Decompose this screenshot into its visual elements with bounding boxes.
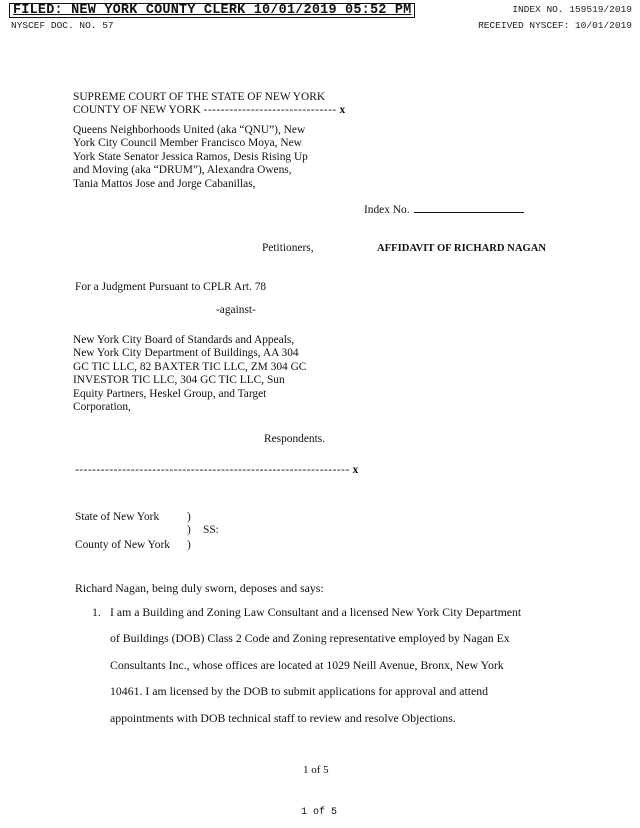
paragraph-line: I am a Building and Zoning Law Consultan… xyxy=(110,599,582,625)
petitioners-list: Queens Neighborhoods United (aka “QNU”),… xyxy=(73,124,343,191)
filed-stamp: FILED: NEW YORK COUNTY CLERK 10/01/2019 … xyxy=(9,3,415,18)
paragraph-line: 10461. I am licensed by the DOB to submi… xyxy=(110,678,582,704)
caption-bottom-rule: ----------------------------------------… xyxy=(75,464,358,477)
petitioners-label: Petitioners, xyxy=(262,242,314,255)
petitioners-line: Queens Neighborhoods United (aka “QNU”),… xyxy=(73,124,343,137)
respondents-line: GC TIC LLC, 82 BAXTER TIC LLC, ZM 304 GC xyxy=(73,361,343,374)
index-number-blank xyxy=(414,201,524,213)
venue-ss: SS: xyxy=(203,524,219,537)
index-number-field: Index No. xyxy=(364,201,524,217)
venue-paren: ) xyxy=(187,539,191,552)
caption-bottom-x: x xyxy=(353,464,359,476)
petitioners-line: York City Council Member Francisco Moya,… xyxy=(73,137,343,150)
respondents-line: Equity Partners, Heskel Group, and Targe… xyxy=(73,388,343,401)
respondents-line: New York City Department of Buildings, A… xyxy=(73,347,343,360)
caption-bottom-dashes: ----------------------------------------… xyxy=(75,464,350,476)
respondents-line: New York City Board of Standards and App… xyxy=(73,334,343,347)
venue-paren: ) xyxy=(187,524,191,537)
paragraph-text: I am a Building and Zoning Law Consultan… xyxy=(110,599,582,731)
judgment-line: For a Judgment Pursuant to CPLR Art. 78 xyxy=(75,281,266,294)
paragraph-line: appointments with DOB technical staff to… xyxy=(110,705,582,731)
received-nyscef-date: RECEIVED NYSCEF: 10/01/2019 xyxy=(478,20,632,31)
document-title: AFFIDAVIT OF RICHARD NAGAN xyxy=(377,242,546,255)
caption-dashes: ------------------------------- xyxy=(204,104,337,116)
respondents-list: New York City Board of Standards and App… xyxy=(73,334,343,414)
petitioners-line: York State Senator Jessica Ramos, Desis … xyxy=(73,151,343,164)
caption-x-mark: x xyxy=(340,104,346,116)
petitioners-line: and Moving (aka “DRUM”), Alexandra Owens… xyxy=(73,164,343,177)
respondents-line: Corporation, xyxy=(73,401,343,414)
respondents-line: INVESTOR TIC LLC, 304 GC TIC LLC, Sun xyxy=(73,374,343,387)
paragraph-line: of Buildings (DOB) Class 2 Code and Zoni… xyxy=(110,625,582,651)
venue-county: County of New York xyxy=(75,539,170,552)
nyscef-doc-number: NYSCEF DOC. NO. 57 xyxy=(11,20,114,31)
intro-statement: Richard Nagan, being duly sworn, deposes… xyxy=(75,581,324,596)
index-number: INDEX NO. 159519/2019 xyxy=(512,4,632,15)
index-number-label: Index No. xyxy=(364,204,410,216)
court-name-line2: COUNTY OF NEW YORK ---------------------… xyxy=(73,104,345,117)
paragraph-number: 1. xyxy=(92,599,101,625)
venue-paren: ) xyxy=(187,511,191,524)
page-number-inner: 1 of 5 xyxy=(303,764,329,776)
page-number-outer: 1 of 5 xyxy=(301,807,337,818)
court-name-line1: SUPREME COURT OF THE STATE OF NEW YORK xyxy=(73,91,325,104)
petitioners-line: Tania Mattos Jose and Jorge Cabanillas, xyxy=(73,178,343,191)
county-label: COUNTY OF NEW YORK xyxy=(73,104,201,116)
paragraph-line: Consultants Inc., whose offices are loca… xyxy=(110,652,582,678)
venue-state: State of New York xyxy=(75,511,159,524)
against-label: -against- xyxy=(216,304,256,317)
respondents-label: Respondents. xyxy=(264,433,325,446)
